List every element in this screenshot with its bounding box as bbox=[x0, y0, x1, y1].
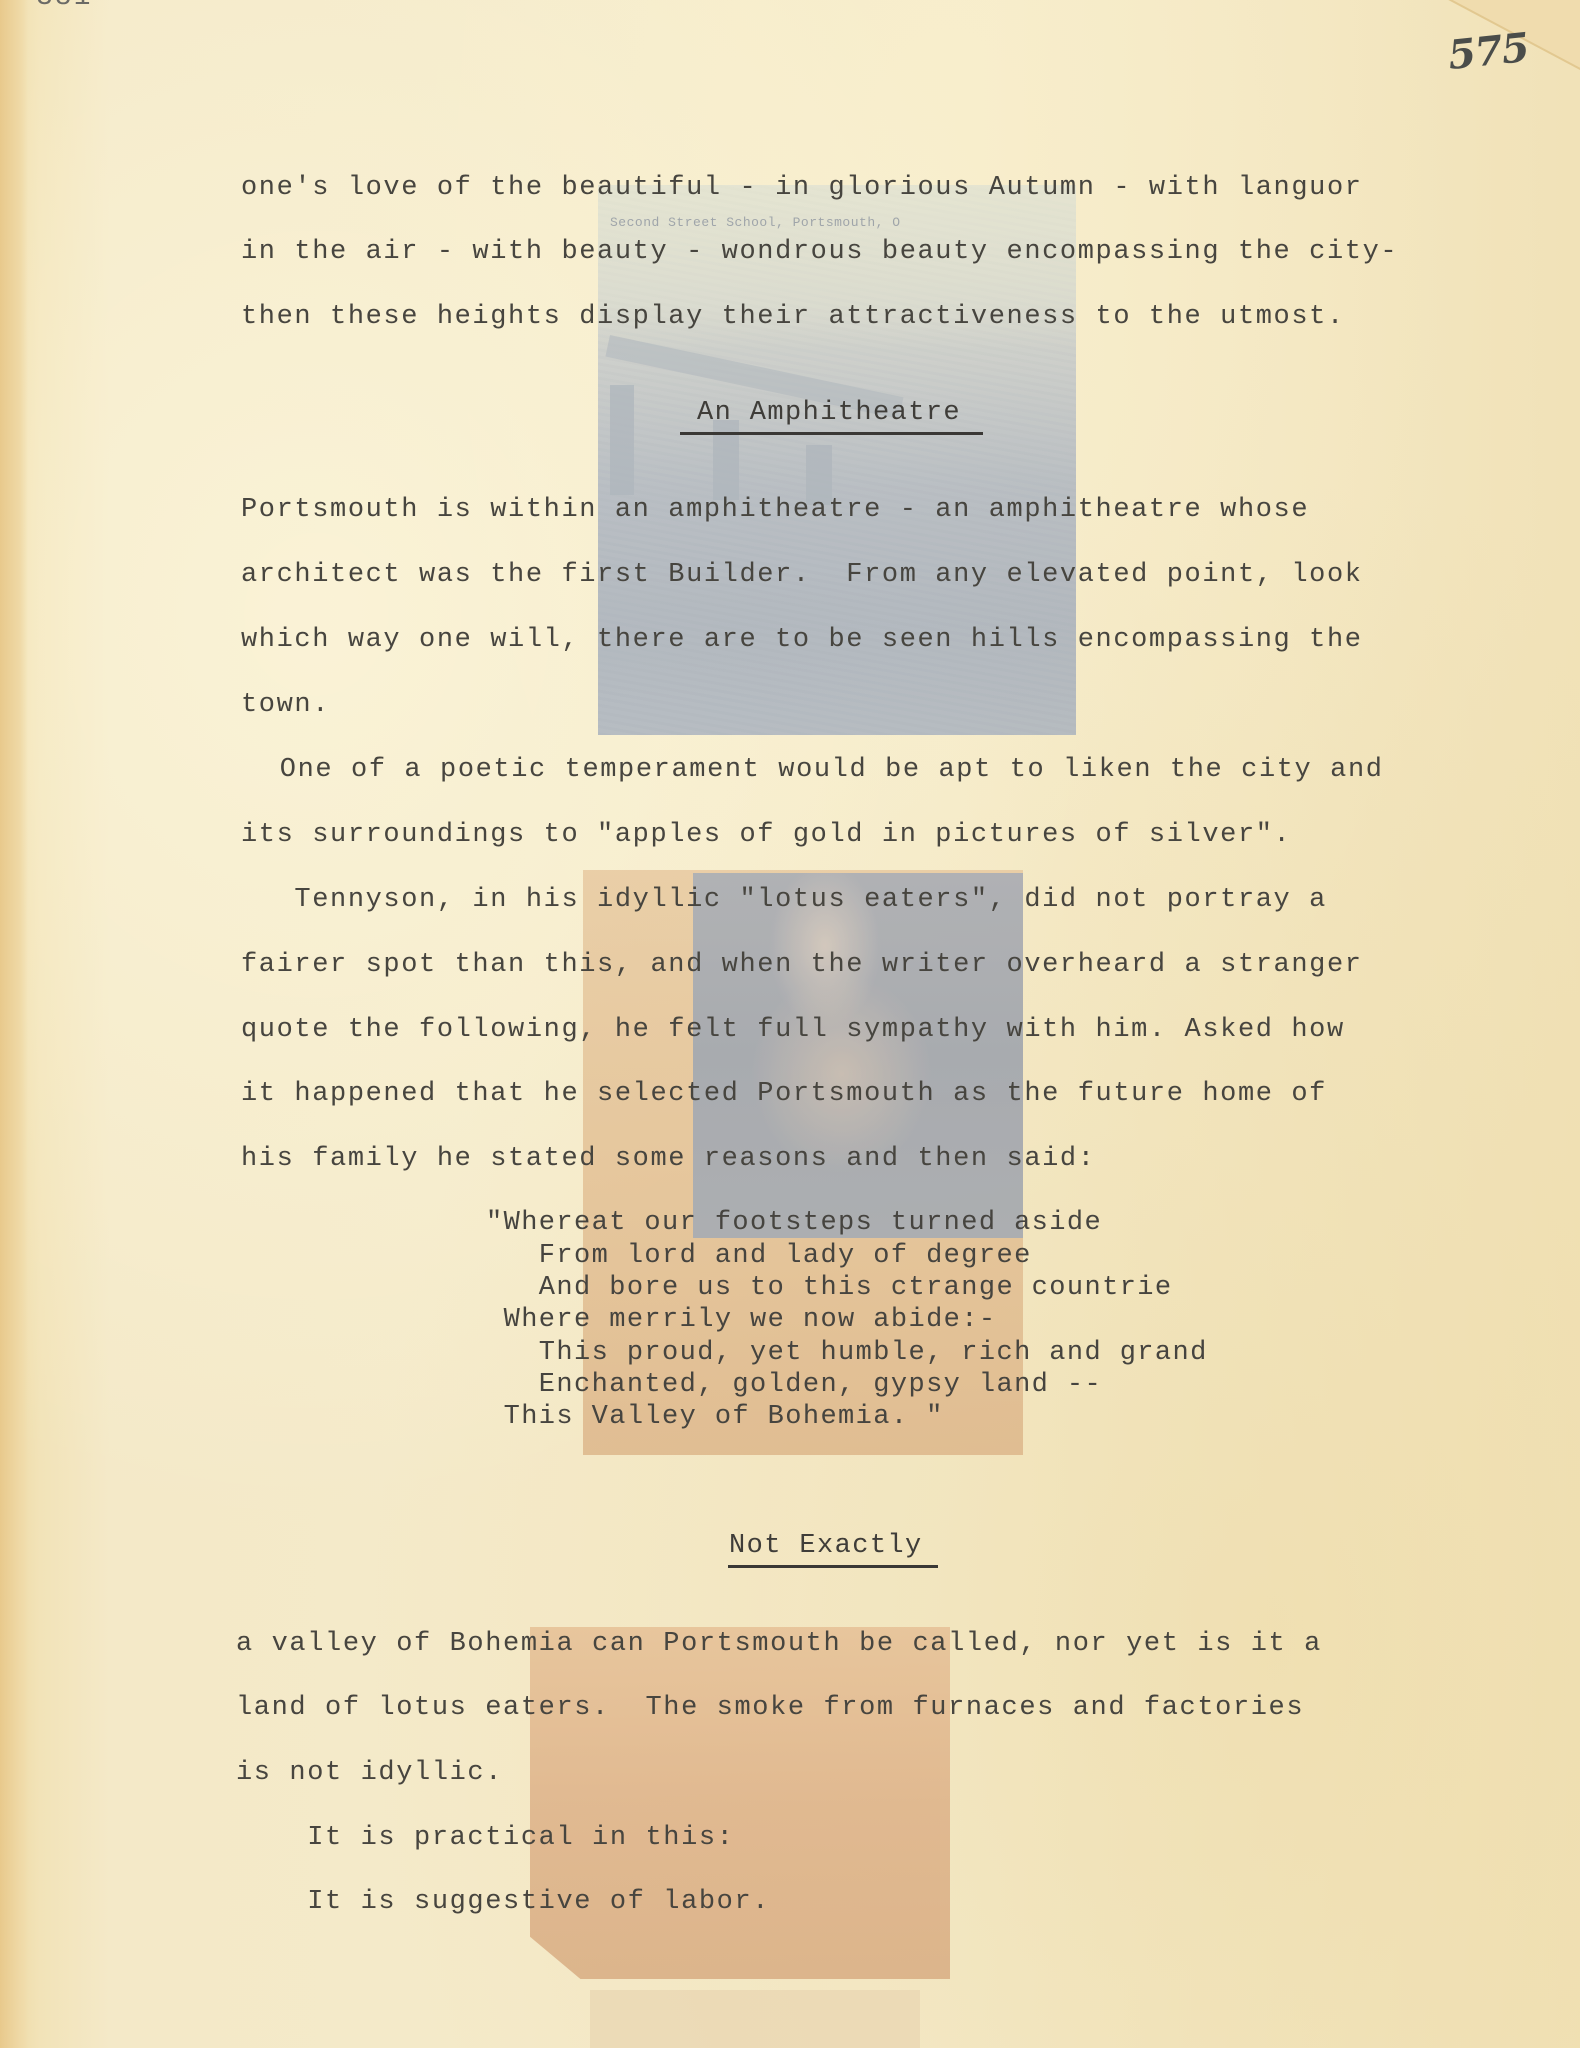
body-text-line: It is suggestive of labor. bbox=[236, 1889, 770, 1916]
body-text-line: his family he stated some reasons and th… bbox=[241, 1146, 1096, 1173]
body-text-line: land of lotus eaters. The smoke from fur… bbox=[236, 1695, 1304, 1722]
body-text-line: town. bbox=[241, 692, 330, 719]
verse-line: Enchanted, golden, gypsy land -- bbox=[486, 1372, 1102, 1399]
photo-brown-clipping bbox=[530, 1627, 950, 1979]
body-text-line: Tennyson, in his idyllic "lotus eaters",… bbox=[241, 887, 1327, 914]
verse-line: And bore us to this ctrange countrie bbox=[486, 1275, 1173, 1302]
body-text-line: in the air - with beauty - wondrous beau… bbox=[241, 239, 1398, 266]
body-text-line: is not idyllic. bbox=[236, 1760, 503, 1787]
photo-seated-woman bbox=[693, 873, 1023, 1238]
section-heading: An Amphitheatre bbox=[697, 400, 961, 427]
heading-underline bbox=[728, 1565, 938, 1568]
body-text-line: it happened that he selected Portsmouth … bbox=[241, 1081, 1327, 1108]
document-page: Second Street School, Portsmouth, O 381 … bbox=[0, 0, 1580, 2048]
verse-line: This Valley of Bohemia. " bbox=[486, 1404, 944, 1431]
verse-line: "Whereat our footsteps turned aside bbox=[486, 1210, 1102, 1237]
photo-ghost-clipping bbox=[590, 1990, 920, 2048]
body-text-line: a valley of Bohemia can Portsmouth be ca… bbox=[236, 1631, 1322, 1658]
body-text-line: fairer spot than this, and when the writ… bbox=[241, 952, 1363, 979]
verse-line: Where merrily we now abide:- bbox=[486, 1307, 996, 1334]
body-text-line: its surroundings to "apples of gold in p… bbox=[241, 822, 1291, 849]
verse-line: From lord and lady of degree bbox=[486, 1243, 1032, 1270]
body-text-line: one's love of the beautiful - in gloriou… bbox=[241, 175, 1363, 202]
handwritten-page-number: 575 bbox=[1446, 24, 1531, 79]
photo-caption: Second Street School, Portsmouth, O bbox=[610, 215, 901, 230]
photo-chimney bbox=[610, 385, 634, 495]
body-text-line: then these heights display their attract… bbox=[241, 304, 1345, 331]
verse-line: This proud, yet humble, rich and grand bbox=[486, 1340, 1208, 1367]
heading-underline bbox=[680, 432, 983, 435]
body-text-line: quote the following, he felt full sympat… bbox=[241, 1017, 1345, 1044]
section-heading: Not Exactly bbox=[729, 1533, 923, 1560]
body-text-line: It is practical in this: bbox=[236, 1825, 734, 1852]
body-text-line: One of a poetic temperament would be apt… bbox=[262, 757, 1384, 784]
paper-left-edge bbox=[0, 0, 28, 2048]
body-text-line: architect was the first Builder. From an… bbox=[241, 562, 1363, 589]
typed-page-number: 381 bbox=[36, 0, 92, 13]
body-text-line: which way one will, there are to be seen… bbox=[241, 627, 1363, 654]
body-text-line: Portsmouth is within an amphitheatre - a… bbox=[241, 497, 1309, 524]
